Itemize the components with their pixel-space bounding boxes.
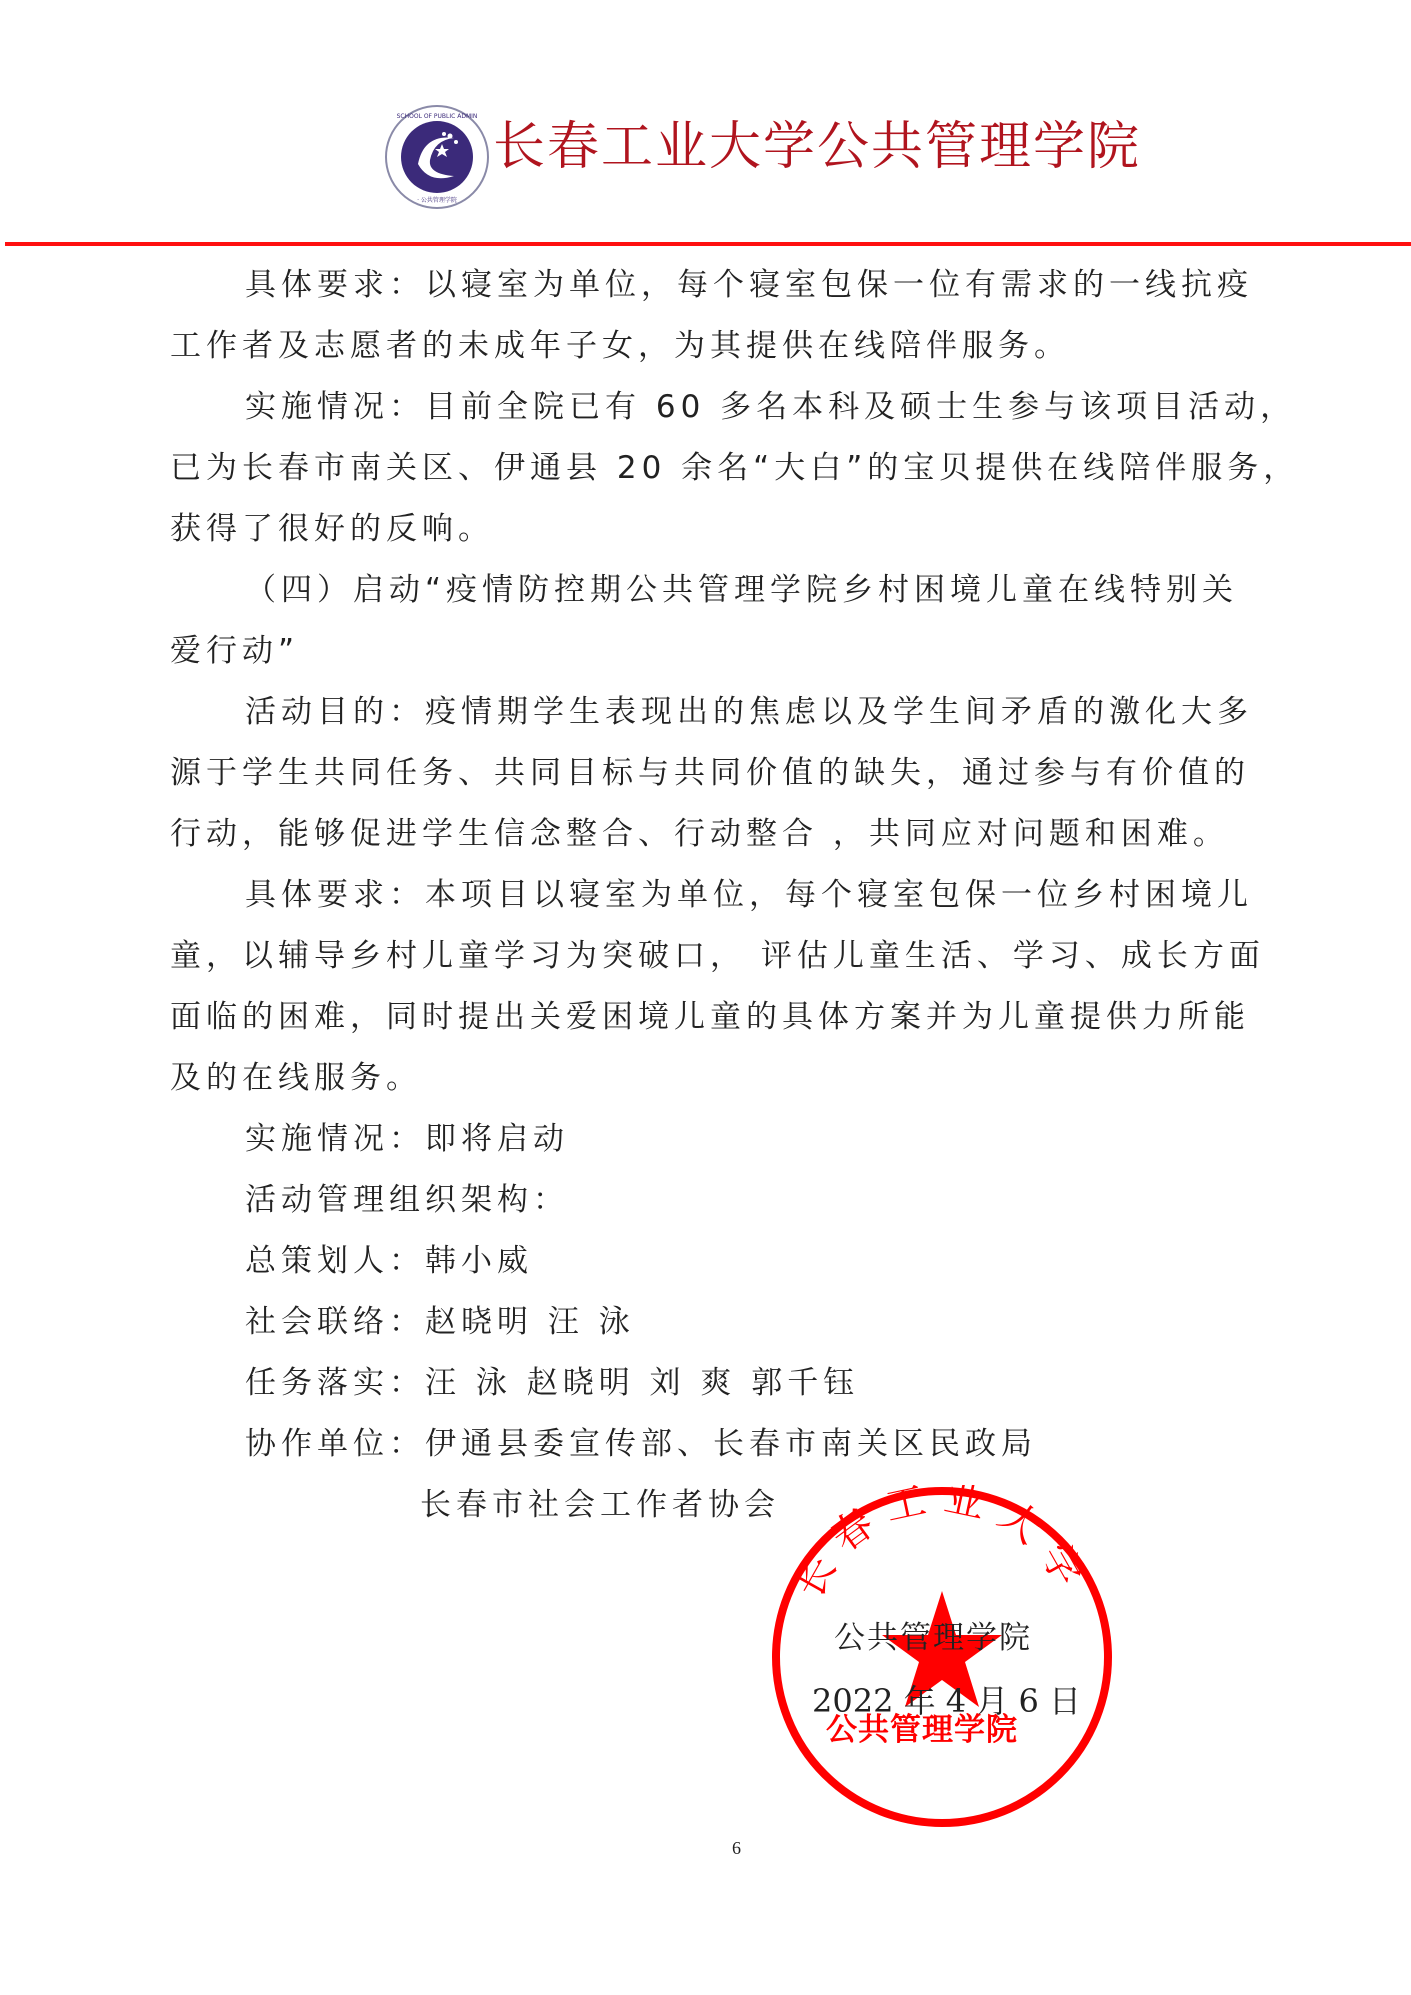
paragraph-line: 长春市社会工作者协会 (420, 1485, 780, 1525)
paragraph-line: 活动管理组织架构： (245, 1180, 569, 1220)
paragraph-line: （四）启动“疫情防控期公共管理学院乡村困境儿童在线特别关 (245, 570, 1238, 610)
paragraph-line: 获得了很好的反响。 (170, 509, 494, 549)
paragraph-line: 实施情况：目前全院已有 60 多名本科及硕士生参与该项目活动， (245, 387, 1296, 427)
page-number: 6 (732, 1838, 741, 1859)
letterhead: SCHOOL OF PUBLIC ADMIN · 公共管理学院 长春工业大学公共… (0, 0, 1411, 250)
paragraph-line: 任务落实：汪 泳 赵晓明 刘 爽 郭千钰 (245, 1363, 859, 1403)
paragraph-line: 实施情况：即将启动 (245, 1119, 569, 1159)
paragraph-line: 行动，能够促进学生信念整合、行动整合 ，共同应对问题和困难。 (170, 814, 1229, 854)
seal-department-text: 公共管理学院 (826, 1704, 1018, 1749)
paragraph-line: 社会联络：赵晓明 汪 泳 (245, 1302, 635, 1342)
paragraph-line: 具体要求：本项目以寝室为单位，每个寝室包保一位乡村困境儿 (245, 875, 1253, 915)
svg-text:长春工业大学: 长春工业大学 (786, 1485, 1098, 1606)
official-seal: 长春工业大学 (770, 1485, 1114, 1829)
seal-overlay-department: 公共管理学院 (834, 1612, 1032, 1657)
paragraph-line: 总策划人：韩小威 (245, 1241, 533, 1281)
paragraph-line: 具体要求：以寝室为单位，每个寝室包保一位有需求的一线抗疫 (245, 265, 1253, 305)
header-divider (5, 242, 1411, 246)
paragraph-line: 源于学生共同任务、共同目标与共同价值的缺失，通过参与有价值的 (170, 753, 1250, 793)
paragraph-line: 爱行动” (170, 631, 299, 671)
paragraph-line: 面临的困难，同时提出关爱困境儿童的具体方案并为儿童提供力所能 (170, 997, 1250, 1037)
letterhead-title: 长春工业大学公共管理学院 (493, 112, 1141, 182)
paragraph-line: 工作者及志愿者的未成年子女，为其提供在线陪伴服务。 (170, 326, 1070, 366)
svg-text:· 公共管理学院: · 公共管理学院 (417, 196, 457, 204)
paragraph-line: 及的在线服务。 (170, 1058, 422, 1098)
paragraph-line: 活动目的：疫情期学生表现出的焦虑以及学生间矛盾的激化大多 (245, 692, 1253, 732)
school-emblem-icon: SCHOOL OF PUBLIC ADMIN · 公共管理学院 (384, 104, 490, 210)
paragraph-line: 已为长春市南关区、伊通县 20 余名“大白”的宝贝提供在线陪伴服务， (170, 448, 1299, 488)
seal-arc-text: 长春工业大学 (786, 1485, 1098, 1606)
svg-text:SCHOOL OF PUBLIC ADMIN: SCHOOL OF PUBLIC ADMIN (397, 113, 478, 120)
paragraph-line: 协作单位：伊通县委宣传部、长春市南关区民政局 (245, 1424, 1037, 1464)
paragraph-line: 童，以辅导乡村儿童学习为突破口， 评估儿童生活、学习、成长方面 (170, 936, 1265, 976)
